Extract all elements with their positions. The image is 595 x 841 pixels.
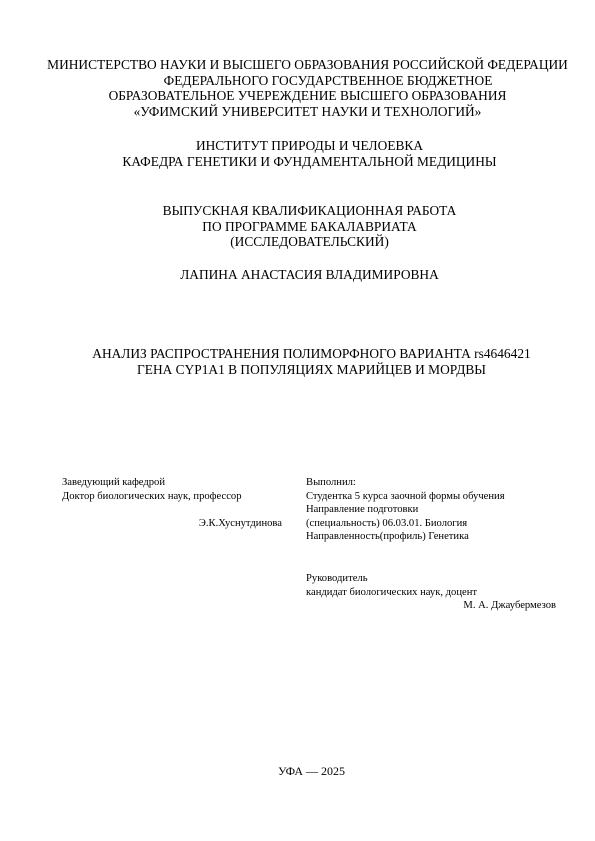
performer-block: Выполнил: Студентка 5 курса заочной форм… — [306, 476, 556, 544]
head-role: Заведующий кафедрой — [62, 476, 282, 490]
performer-label: Выполнил: — [306, 476, 556, 490]
supervisor-degree: кандидат биологических наук, доцент — [306, 586, 556, 600]
supervisor-role: Руководитель — [306, 572, 556, 586]
performer-course: Студентка 5 курса заочной формы обучения — [306, 490, 556, 504]
head-of-department-block: Заведующий кафедрой Доктор биологических… — [62, 476, 282, 530]
program-type-line: (ИССЛЕДОВАТЕЛЬСКИЙ) — [12, 234, 595, 250]
title-page: МИНИСТЕРСТВО НАУКИ И ВЫСШЕГО ОБРАЗОВАНИЯ… — [0, 0, 595, 841]
department-name: КАФЕДРА ГЕНЕТИКИ И ФУНДАМЕНТАЛЬНОЙ МЕДИЦ… — [12, 154, 595, 170]
ministry-header: МИНИСТЕРСТВО НАУКИ И ВЫСШЕГО ОБРАЗОВАНИЯ… — [10, 57, 595, 119]
head-name: Э.К.Хуснутдинова — [62, 517, 282, 531]
thesis-title: АНАЛИЗ РАСПРОСТРАНЕНИЯ ПОЛИМОРФНОГО ВАРИ… — [14, 346, 595, 377]
head-degree: Доктор биологических наук, профессор — [62, 490, 282, 504]
educational-institution-line: ОБРАЗОВАТЕЛЬНОЕ УЧЕРЕЖДЕНИЕ ВЫСШЕГО ОБРА… — [10, 88, 595, 104]
performer-specialty: (специальность) 06.03.01. Биология — [306, 517, 556, 531]
author-name: ЛАПИНА АНАСТАСИЯ ВЛАДИМИРОВНА — [12, 267, 595, 283]
work-type-line: ВЫПУСКНАЯ КВАЛИФИКАЦИОННАЯ РАБОТА — [12, 203, 595, 219]
program-line: ПО ПРОГРАММЕ БАКАЛАВРИАТА — [12, 219, 595, 235]
institute-name: ИНСТИТУТ ПРИРОДЫ И ЧЕЛОЕВКА — [12, 138, 595, 154]
work-type-section: ВЫПУСКНАЯ КВАЛИФИКАЦИОННАЯ РАБОТА ПО ПРО… — [12, 203, 595, 250]
institute-section: ИНСТИТУТ ПРИРОДЫ И ЧЕЛОЕВКА КАФЕДРА ГЕНЕ… — [12, 138, 595, 169]
thesis-title-line-2: ГЕНА CYP1A1 В ПОПУЛЯЦИЯХ МАРИЙЦЕВ И МОРД… — [14, 362, 595, 378]
university-name: «УФИМСКИЙ УНИВЕРСИТЕТ НАУКИ И ТЕХНОЛОГИЙ… — [10, 104, 595, 120]
federal-institution-line: ФЕДЕРАЛЬНОГО ГОСУДАРСТВЕННОЕ БЮДЖЕТНОЕ — [10, 73, 595, 89]
supervisor-name: М. А. Джаубермезов — [306, 599, 556, 613]
thesis-title-line-1: АНАЛИЗ РАСПРОСТРАНЕНИЯ ПОЛИМОРФНОГО ВАРИ… — [14, 346, 595, 362]
performer-profile: Направленность(профиль) Генетика — [306, 530, 556, 544]
supervisor-block: Руководитель кандидат биологических наук… — [306, 572, 556, 613]
city-year-footer: УФА — 2025 — [14, 764, 595, 778]
city-year: УФА — 2025 — [14, 764, 595, 778]
performer-direction-label: Направление подготовки — [306, 503, 556, 517]
ministry-line: МИНИСТЕРСТВО НАУКИ И ВЫСШЕГО ОБРАЗОВАНИЯ… — [10, 57, 595, 73]
author-section: ЛАПИНА АНАСТАСИЯ ВЛАДИМИРОВНА — [12, 267, 595, 283]
